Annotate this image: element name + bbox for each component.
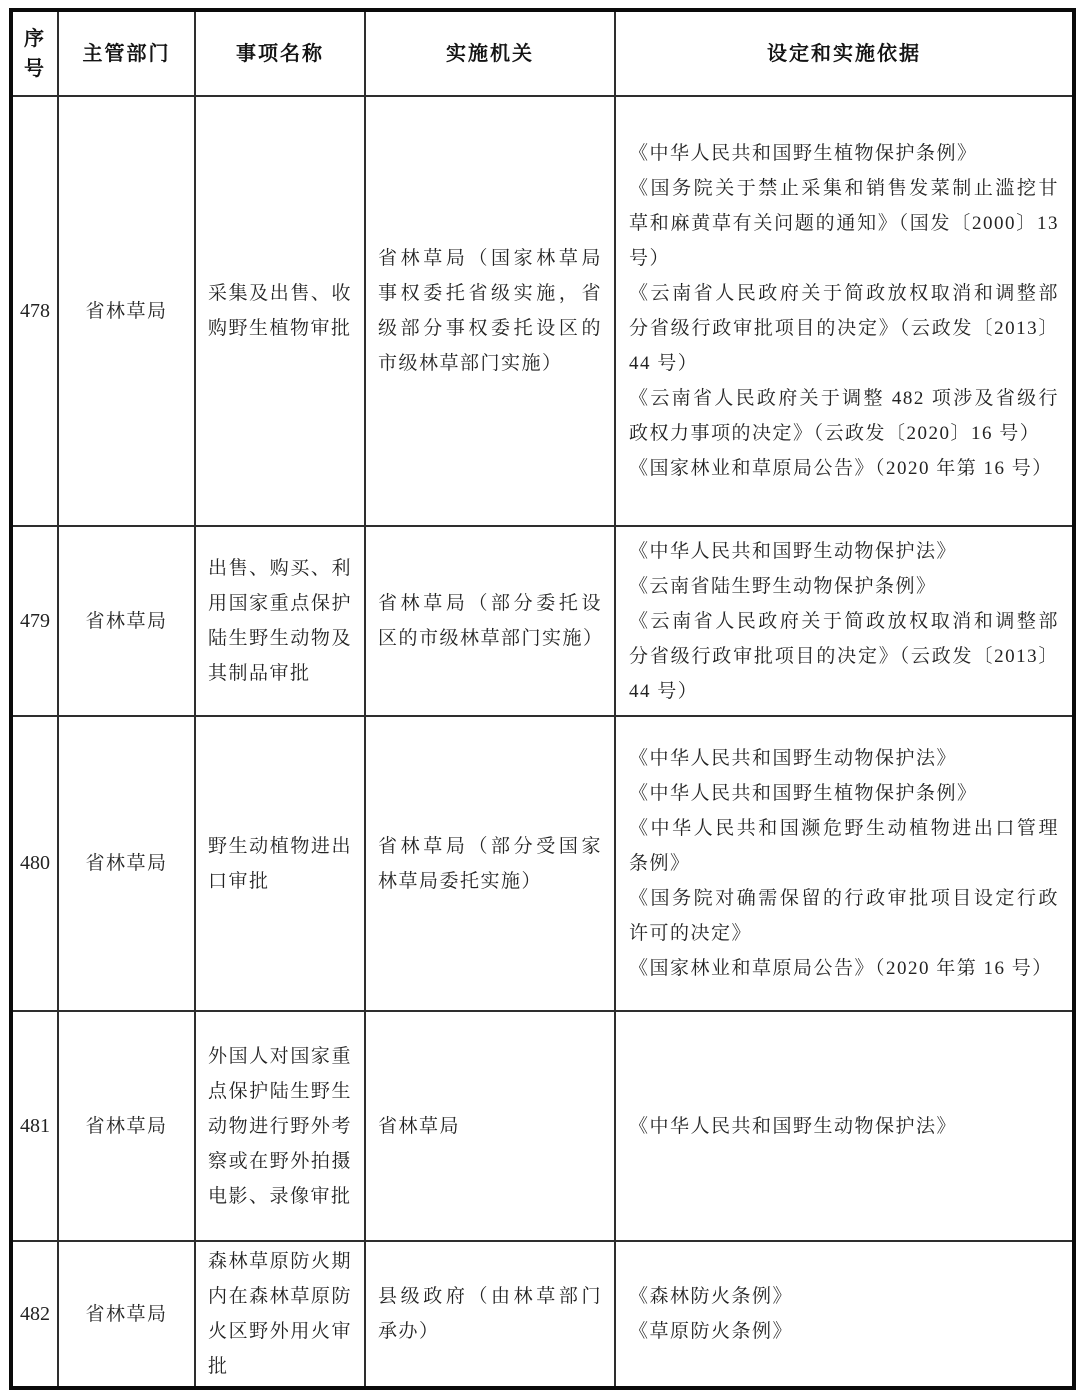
- legal-reference: 《草原防火条例》: [629, 1314, 1059, 1349]
- col-header-implementing-agency: 实施机关: [365, 10, 615, 96]
- document-page: 序号 主管部门 事项名称 实施机关 设定和实施依据 478 省林草局 采集及出售…: [0, 0, 1080, 1399]
- implementing-agency-cell: 省林草局（国家林草局事权委托省级实施，省级部分事权委托设区的市级林草部门实施）: [365, 96, 615, 526]
- table-row: 481 省林草局 外国人对国家重点保护陆生野生动物进行野外考察或在野外拍摄电影、…: [11, 1011, 1074, 1241]
- department-cell: 省林草局: [58, 716, 195, 1011]
- item-name-cell: 森林草原防火期内在森林草原防火区野外用火审批: [195, 1241, 365, 1388]
- header-row: 序号 主管部门 事项名称 实施机关 设定和实施依据: [11, 10, 1074, 96]
- item-name-cell: 出售、购买、利用国家重点保护陆生野生动物及其制品审批: [195, 526, 365, 716]
- serial-number-cell: 481: [11, 1011, 58, 1241]
- legal-reference: 《中华人民共和国野生动物保护法》: [629, 534, 1059, 569]
- legal-basis-cell: 《森林防火条例》《草原防火条例》: [615, 1241, 1074, 1388]
- table-row: 478 省林草局 采集及出售、收购野生植物审批 省林草局（国家林草局事权委托省级…: [11, 96, 1074, 526]
- legal-reference: 《云南省人民政府关于简政放权取消和调整部分省级行政审批项目的决定》（云政发〔20…: [629, 604, 1059, 709]
- item-name-cell: 采集及出售、收购野生植物审批: [195, 96, 365, 526]
- legal-reference: 《国家林业和草原局公告》（2020 年第 16 号）: [629, 951, 1059, 986]
- col-header-item-name: 事项名称: [195, 10, 365, 96]
- col-header-department: 主管部门: [58, 10, 195, 96]
- implementing-agency-cell: 省林草局: [365, 1011, 615, 1241]
- table-row: 480 省林草局 野生动植物进出口审批 省林草局（部分受国家林草局委托实施） 《…: [11, 716, 1074, 1011]
- legal-basis-cell: 《中华人民共和国野生植物保护条例》《国务院关于禁止采集和销售发菜制止滥挖甘草和麻…: [615, 96, 1074, 526]
- legal-basis-cell: 《中华人民共和国野生动物保护法》: [615, 1011, 1074, 1241]
- serial-number-cell: 482: [11, 1241, 58, 1388]
- legal-reference: 《中华人民共和国野生植物保护条例》: [629, 776, 1059, 811]
- serial-number-cell: 479: [11, 526, 58, 716]
- approval-items-table: 序号 主管部门 事项名称 实施机关 设定和实施依据 478 省林草局 采集及出售…: [9, 8, 1076, 1390]
- legal-reference: 《国家林业和草原局公告》（2020 年第 16 号）: [629, 451, 1059, 486]
- legal-reference: 《中华人民共和国野生动物保护法》: [629, 741, 1059, 776]
- department-cell: 省林草局: [58, 1241, 195, 1388]
- department-cell: 省林草局: [58, 526, 195, 716]
- implementing-agency-cell: 省林草局（部分委托设区的市级林草部门实施）: [365, 526, 615, 716]
- legal-reference: 《中华人民共和国野生动物保护法》: [629, 1109, 1059, 1144]
- col-header-serial-number: 序号: [11, 10, 58, 96]
- legal-basis-cell: 《中华人民共和国野生动物保护法》《云南省陆生野生动物保护条例》《云南省人民政府关…: [615, 526, 1074, 716]
- legal-reference: 《国务院对确需保留的行政审批项目设定行政许可的决定》: [629, 881, 1059, 951]
- legal-reference: 《中华人民共和国野生植物保护条例》: [629, 136, 1059, 171]
- serial-number-cell: 478: [11, 96, 58, 526]
- legal-reference: 《国务院关于禁止采集和销售发菜制止滥挖甘草和麻黄草有关问题的通知》（国发〔200…: [629, 171, 1059, 276]
- col-header-legal-basis: 设定和实施依据: [615, 10, 1074, 96]
- table-row: 479 省林草局 出售、购买、利用国家重点保护陆生野生动物及其制品审批 省林草局…: [11, 526, 1074, 716]
- legal-reference: 《云南省人民政府关于简政放权取消和调整部分省级行政审批项目的决定》（云政发〔20…: [629, 276, 1059, 381]
- legal-reference: 《中华人民共和国濒危野生动植物进出口管理条例》: [629, 811, 1059, 881]
- implementing-agency-cell: 县级政府（由林草部门承办）: [365, 1241, 615, 1388]
- serial-number-cell: 480: [11, 716, 58, 1011]
- legal-reference: 《云南省陆生野生动物保护条例》: [629, 569, 1059, 604]
- legal-reference: 《森林防火条例》: [629, 1279, 1059, 1314]
- department-cell: 省林草局: [58, 96, 195, 526]
- item-name-cell: 野生动植物进出口审批: [195, 716, 365, 1011]
- legal-reference: 《云南省人民政府关于调整 482 项涉及省级行政权力事项的决定》（云政发〔202…: [629, 381, 1059, 451]
- table-row: 482 省林草局 森林草原防火期内在森林草原防火区野外用火审批 县级政府（由林草…: [11, 1241, 1074, 1388]
- implementing-agency-cell: 省林草局（部分受国家林草局委托实施）: [365, 716, 615, 1011]
- item-name-cell: 外国人对国家重点保护陆生野生动物进行野外考察或在野外拍摄电影、录像审批: [195, 1011, 365, 1241]
- legal-basis-cell: 《中华人民共和国野生动物保护法》《中华人民共和国野生植物保护条例》《中华人民共和…: [615, 716, 1074, 1011]
- department-cell: 省林草局: [58, 1011, 195, 1241]
